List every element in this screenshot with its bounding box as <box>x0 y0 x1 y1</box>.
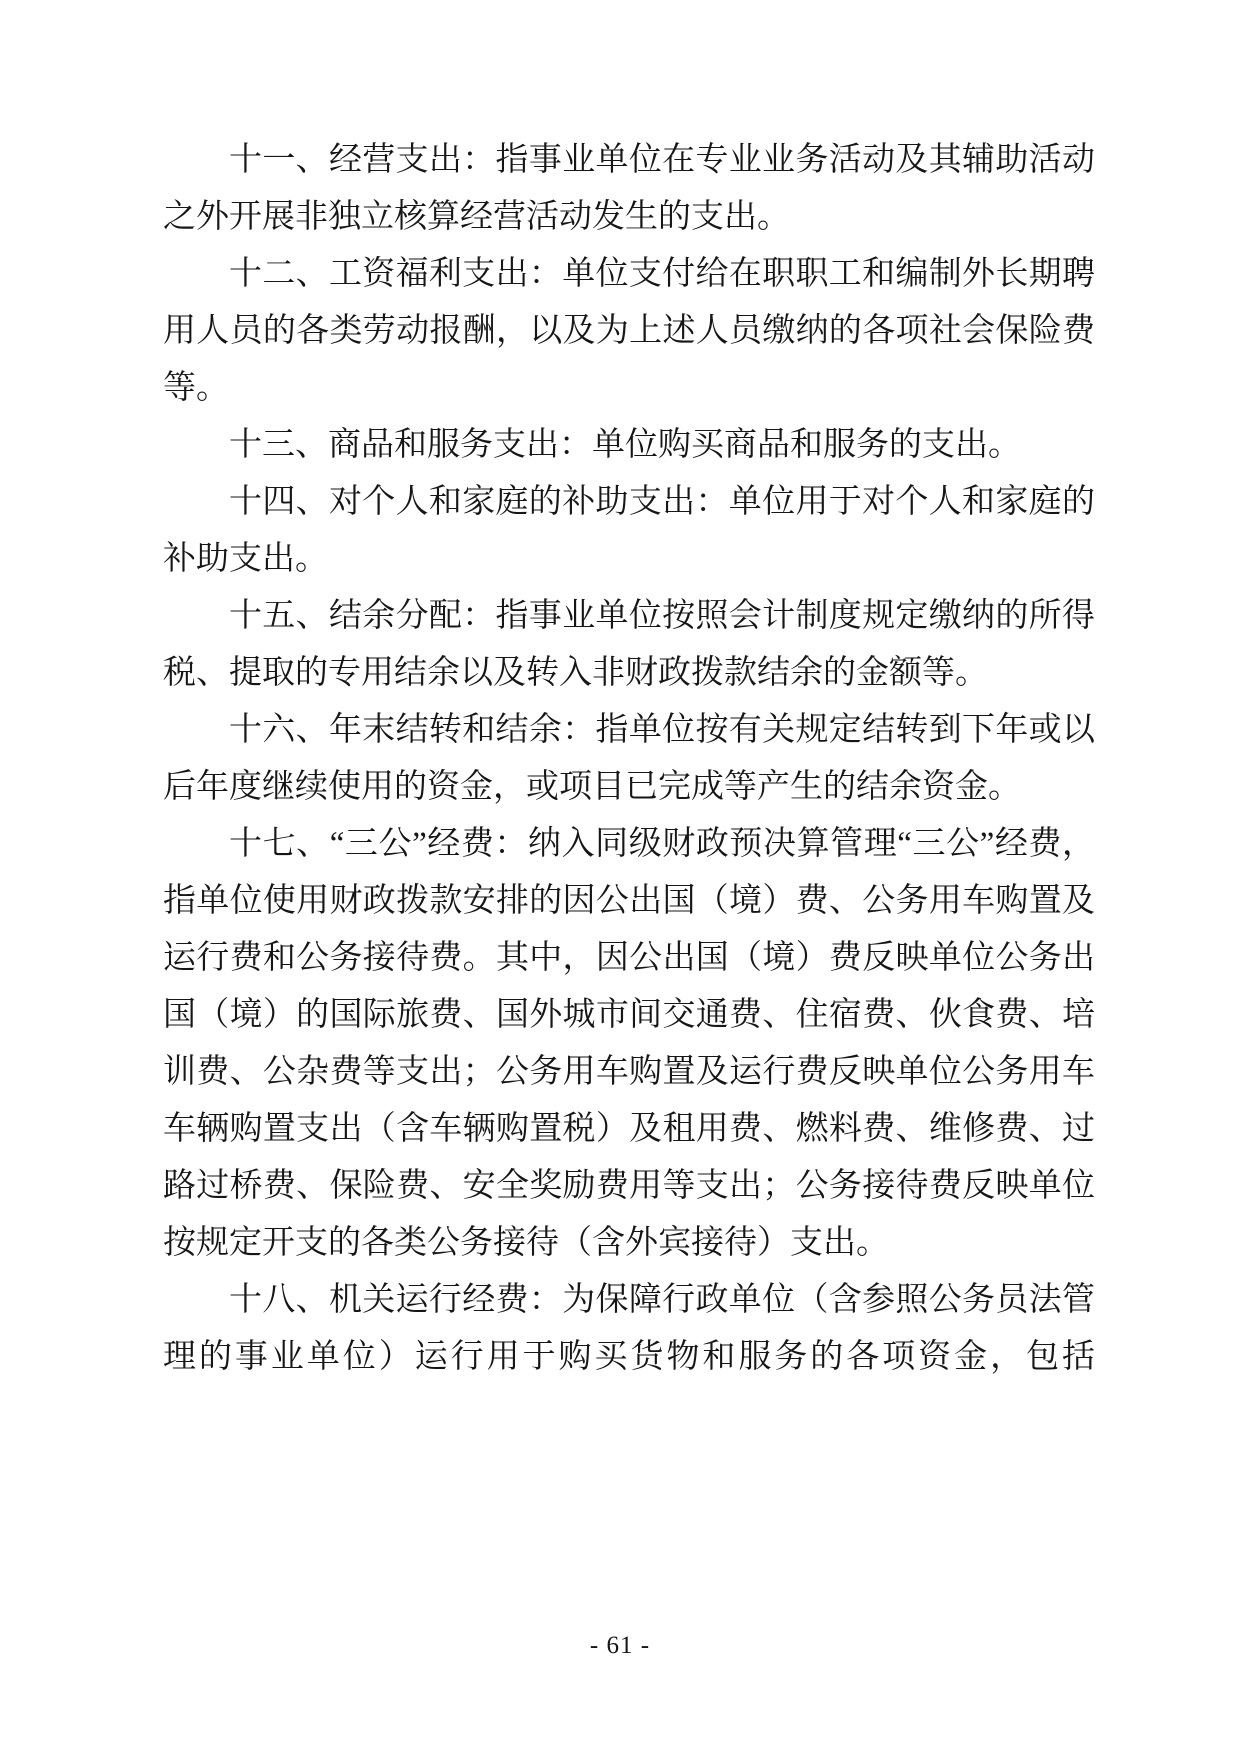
page-number: - 61 - <box>0 1632 1240 1660</box>
paragraph-item-18: 十八、机关运行经费：为保障行政单位（含参照公务员法管理的事业单位）运行用于购买货… <box>163 1272 1095 1386</box>
paragraph-item-15: 十五、结余分配：指事业单位按照会计制度规定缴纳的所得税、提取的专用结余以及转入非… <box>163 588 1095 702</box>
document-body: 十一、经营支出：指事业单位在专业业务活动及其辅助活动之外开展非独立核算经营活动发… <box>163 132 1095 1386</box>
paragraph-item-14: 十四、对个人和家庭的补助支出：单位用于对个人和家庭的补助支出。 <box>163 474 1095 588</box>
paragraph-item-12: 十二、工资福利支出：单位支付给在职职工和编制外长期聘用人员的各类劳动报酬，以及为… <box>163 246 1095 417</box>
document-page: 十一、经营支出：指事业单位在专业业务活动及其辅助活动之外开展非独立核算经营活动发… <box>0 0 1240 1754</box>
paragraph-item-16: 十六、年末结转和结余：指单位按有关规定结转到下年或以后年度继续使用的资金，或项目… <box>163 702 1095 816</box>
paragraph-item-13: 十三、商品和服务支出：单位购买商品和服务的支出。 <box>163 417 1095 474</box>
paragraph-item-11: 十一、经营支出：指事业单位在专业业务活动及其辅助活动之外开展非独立核算经营活动发… <box>163 132 1095 246</box>
paragraph-item-17: 十七、“三公”经费：纳入同级财政预决算管理“三公”经费，指单位使用财政拨款安排的… <box>163 816 1095 1272</box>
